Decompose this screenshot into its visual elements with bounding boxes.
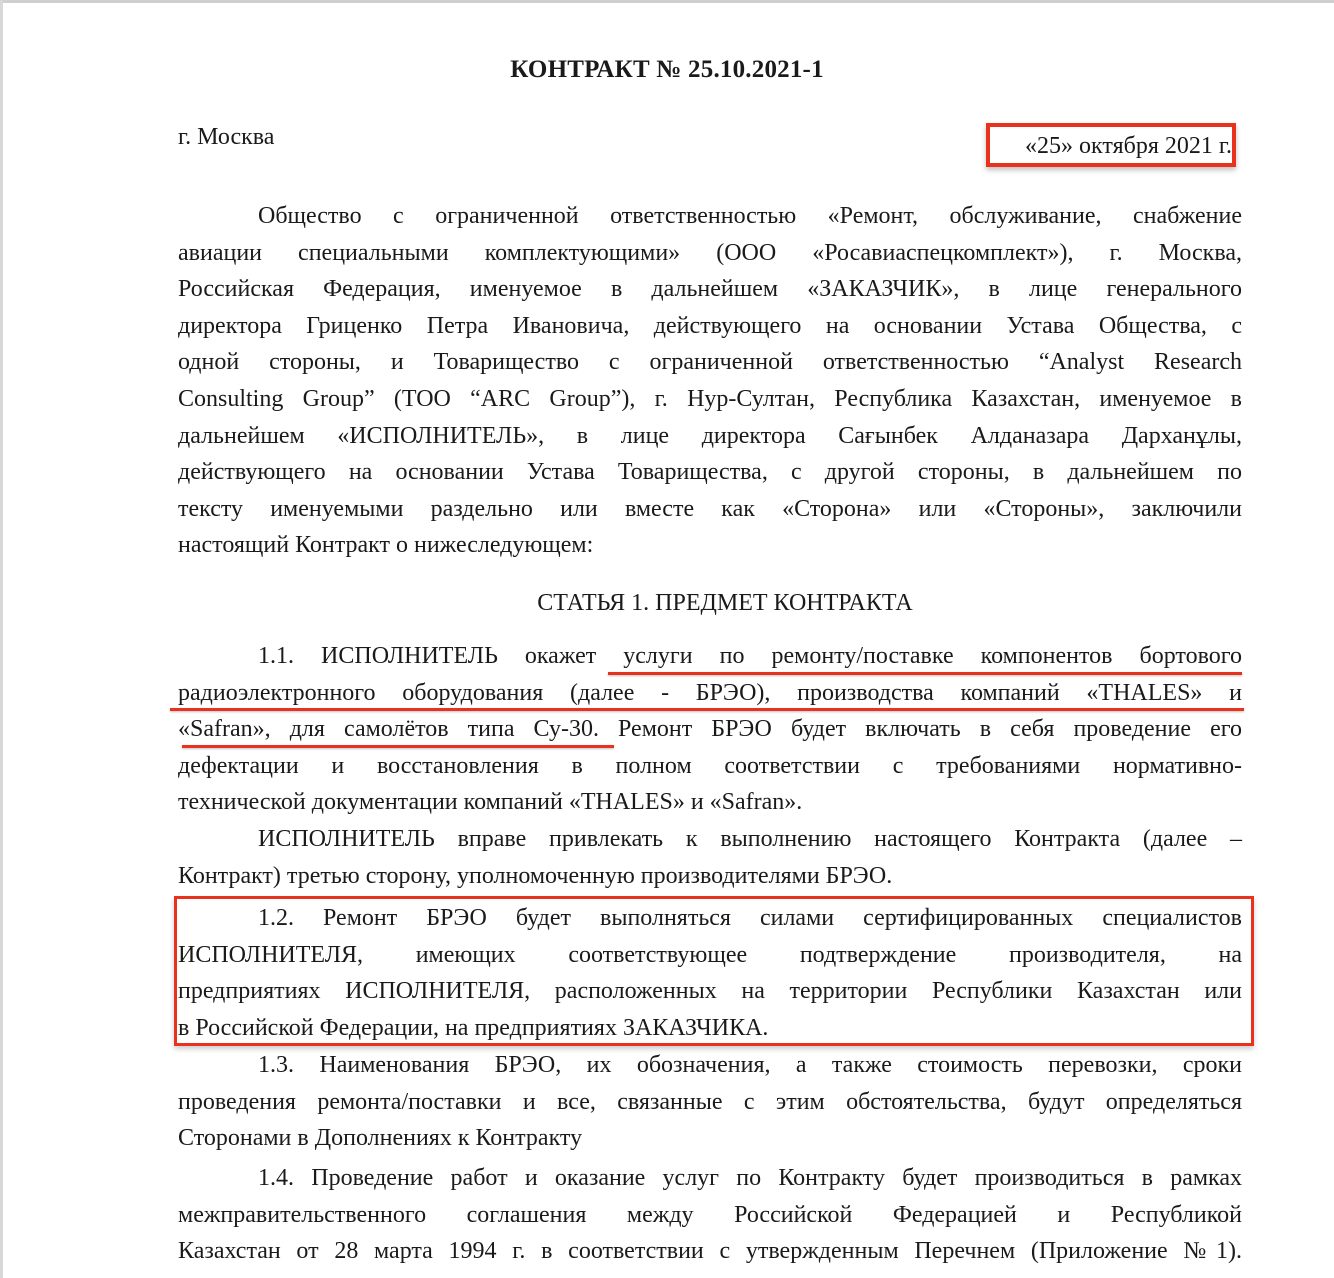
clause-line: Казахстан от 28 марта 1994 г. в соответс… [178,1233,1242,1270]
highlight-underline [170,708,1244,711]
clause-line: «Safran», для самолётов типа Су-30. Ремо… [178,711,1242,748]
clause-line: межправительственного соглашения между Р… [178,1197,1242,1234]
highlight-underline [608,672,1242,675]
date-highlight-box: «25» октября 2021 г. [986,123,1236,167]
clause-line: 1.3. Наименования БРЭО, их обозначения, … [178,1047,1242,1084]
clause-line: Контракт) третью сторону, уполномоченную… [178,858,1242,895]
preamble-line: авиации специальными комплектующими» (ОО… [178,235,1242,272]
document-page: КОНТРАКТ № 25.10.2021-1 г. Москва «25» о… [0,0,1334,1278]
preamble-line: Российская Федерация, именуемое в дальне… [178,271,1242,308]
contract-title: КОНТРАКТ № 25.10.2021-1 [0,56,1334,84]
preamble-line: директора Гриценко Петра Ивановича, дейс… [178,308,1242,345]
preamble-line: дальнейшем «ИСПОЛНИТЕЛЬ», в лице директо… [178,418,1242,455]
preamble-line: действующего на основании Устава Товарищ… [178,454,1242,491]
clause-1-3: 1.3. Наименования БРЭО, их обозначения, … [178,1047,1242,1157]
clause-line: ИСПОЛНИТЕЛЬ вправе привлекать к выполнен… [178,821,1242,858]
preamble-line: тексту именуемыми раздельно или вместе к… [178,491,1242,528]
clause-line: 1.4. Проведение работ и оказание услуг п… [178,1160,1242,1197]
preamble-line: Общество с ограниченной ответственностью… [178,198,1242,235]
contract-date: «25» октября 2021 г. [1025,133,1232,160]
city-label: г. Москва [178,124,274,151]
clause-line: радиоэлектронного оборудования (далее - … [178,675,1242,712]
preamble-line: Consulting Group” (ТОО “ARC Group”), г. … [178,381,1242,418]
clause-1-1: 1.1. ИСПОЛНИТЕЛЬ окажет услуги по ремонт… [178,638,1242,894]
preamble-line: одной стороны, и Товарищество с ограниче… [178,344,1242,381]
clause-1-4: 1.4. Проведение работ и оказание услуг п… [178,1160,1242,1270]
clause-1-2-highlight-box [174,896,1254,1046]
clause-line: Сторонами в Дополнениях к Контракту [178,1120,1242,1157]
clause-line: проведения ремонта/поставки и все, связа… [178,1084,1242,1121]
clause-line: 1.1. ИСПОЛНИТЕЛЬ окажет услуги по ремонт… [178,638,1242,675]
highlight-underline [182,745,614,748]
preamble: Общество с ограниченной ответственностью… [178,198,1242,564]
clause-line: технической документации компаний «THALE… [178,784,1242,821]
preamble-line: настоящий Контракт о нижеследующем: [178,527,1242,564]
article-heading: СТАТЬЯ 1. ПРЕДМЕТ КОНТРАКТА [0,590,1334,617]
clause-line: дефектации и восстановления в полном соо… [178,748,1242,785]
